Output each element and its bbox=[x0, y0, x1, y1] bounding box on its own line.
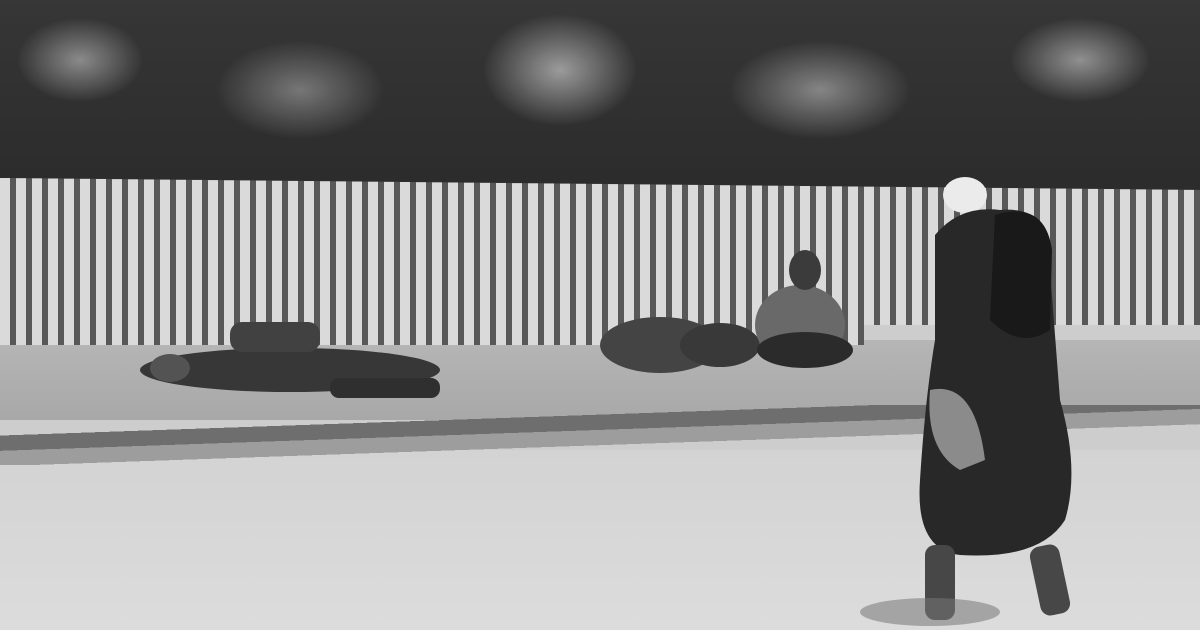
woman-walking bbox=[860, 177, 1072, 626]
people-sitting-center bbox=[600, 250, 853, 373]
photograph bbox=[0, 0, 1200, 630]
figures-layer bbox=[0, 0, 1200, 630]
person-lying-left bbox=[140, 322, 440, 398]
